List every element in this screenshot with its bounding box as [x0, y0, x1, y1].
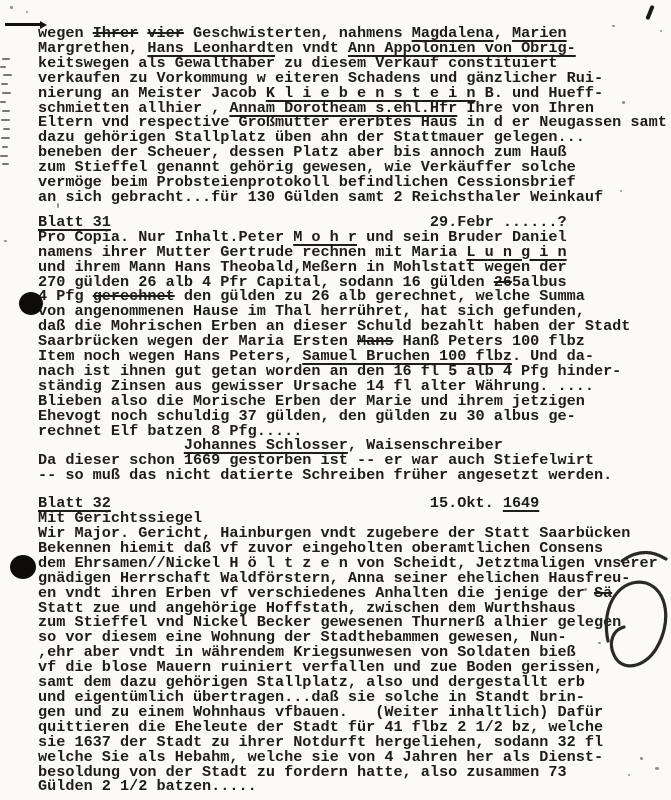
text-block-2: Blatt 31 29.Febr ......?Pro Copia. Nur I… [38, 215, 671, 483]
underlined-text: 1649 [503, 494, 539, 512]
paper-speck [10, 6, 13, 9]
pen-tick-mark [645, 5, 654, 20]
text-segment: an sich gebracht...für 130 Gülden samt 2… [38, 188, 603, 206]
text-line: Gülden 2 1/2 batzen..... [38, 779, 671, 794]
paper-speck [4, 240, 7, 242]
edge-smudge [2, 58, 10, 60]
text-block-1: wegen Ihrer vier Geschwisterten, nahmens… [38, 26, 671, 205]
edge-smudge [1, 119, 10, 121]
arrow-mark [5, 23, 41, 26]
edge-smudge [0, 66, 6, 68]
edge-smudge [2, 92, 11, 94]
text-line: -- so muß das nicht datierte Schreiben f… [38, 468, 671, 483]
struck-text: Sä [594, 584, 612, 602]
ink-dot [10, 555, 36, 579]
text-segment: -- so muß das nicht datierte Schreiben f… [38, 466, 612, 484]
text-segment: Gülden 2 1/2 batzen..... [38, 777, 257, 795]
text-block-3: Blatt 32 15.Okt. 1649Mit GerichtssiegelW… [38, 496, 671, 794]
edge-smudge [1, 83, 8, 85]
edge-smudge [0, 155, 8, 157]
text-line: an sich gebracht...für 130 Gülden samt 2… [38, 190, 671, 205]
edge-smudge [3, 128, 10, 130]
edge-smudge [2, 110, 10, 112]
edge-smudge [1, 137, 10, 139]
edge-smudge [2, 146, 8, 148]
scanned-document-page: wegen Ihrer vier Geschwisterten, nahmens… [0, 0, 671, 800]
edge-smudge [0, 101, 6, 103]
paper-speck [26, 11, 28, 13]
edge-smudge [2, 163, 9, 165]
document-text: wegen Ihrer vier Geschwisterten, nahmens… [38, 26, 671, 794]
edge-smudge [3, 74, 12, 76]
